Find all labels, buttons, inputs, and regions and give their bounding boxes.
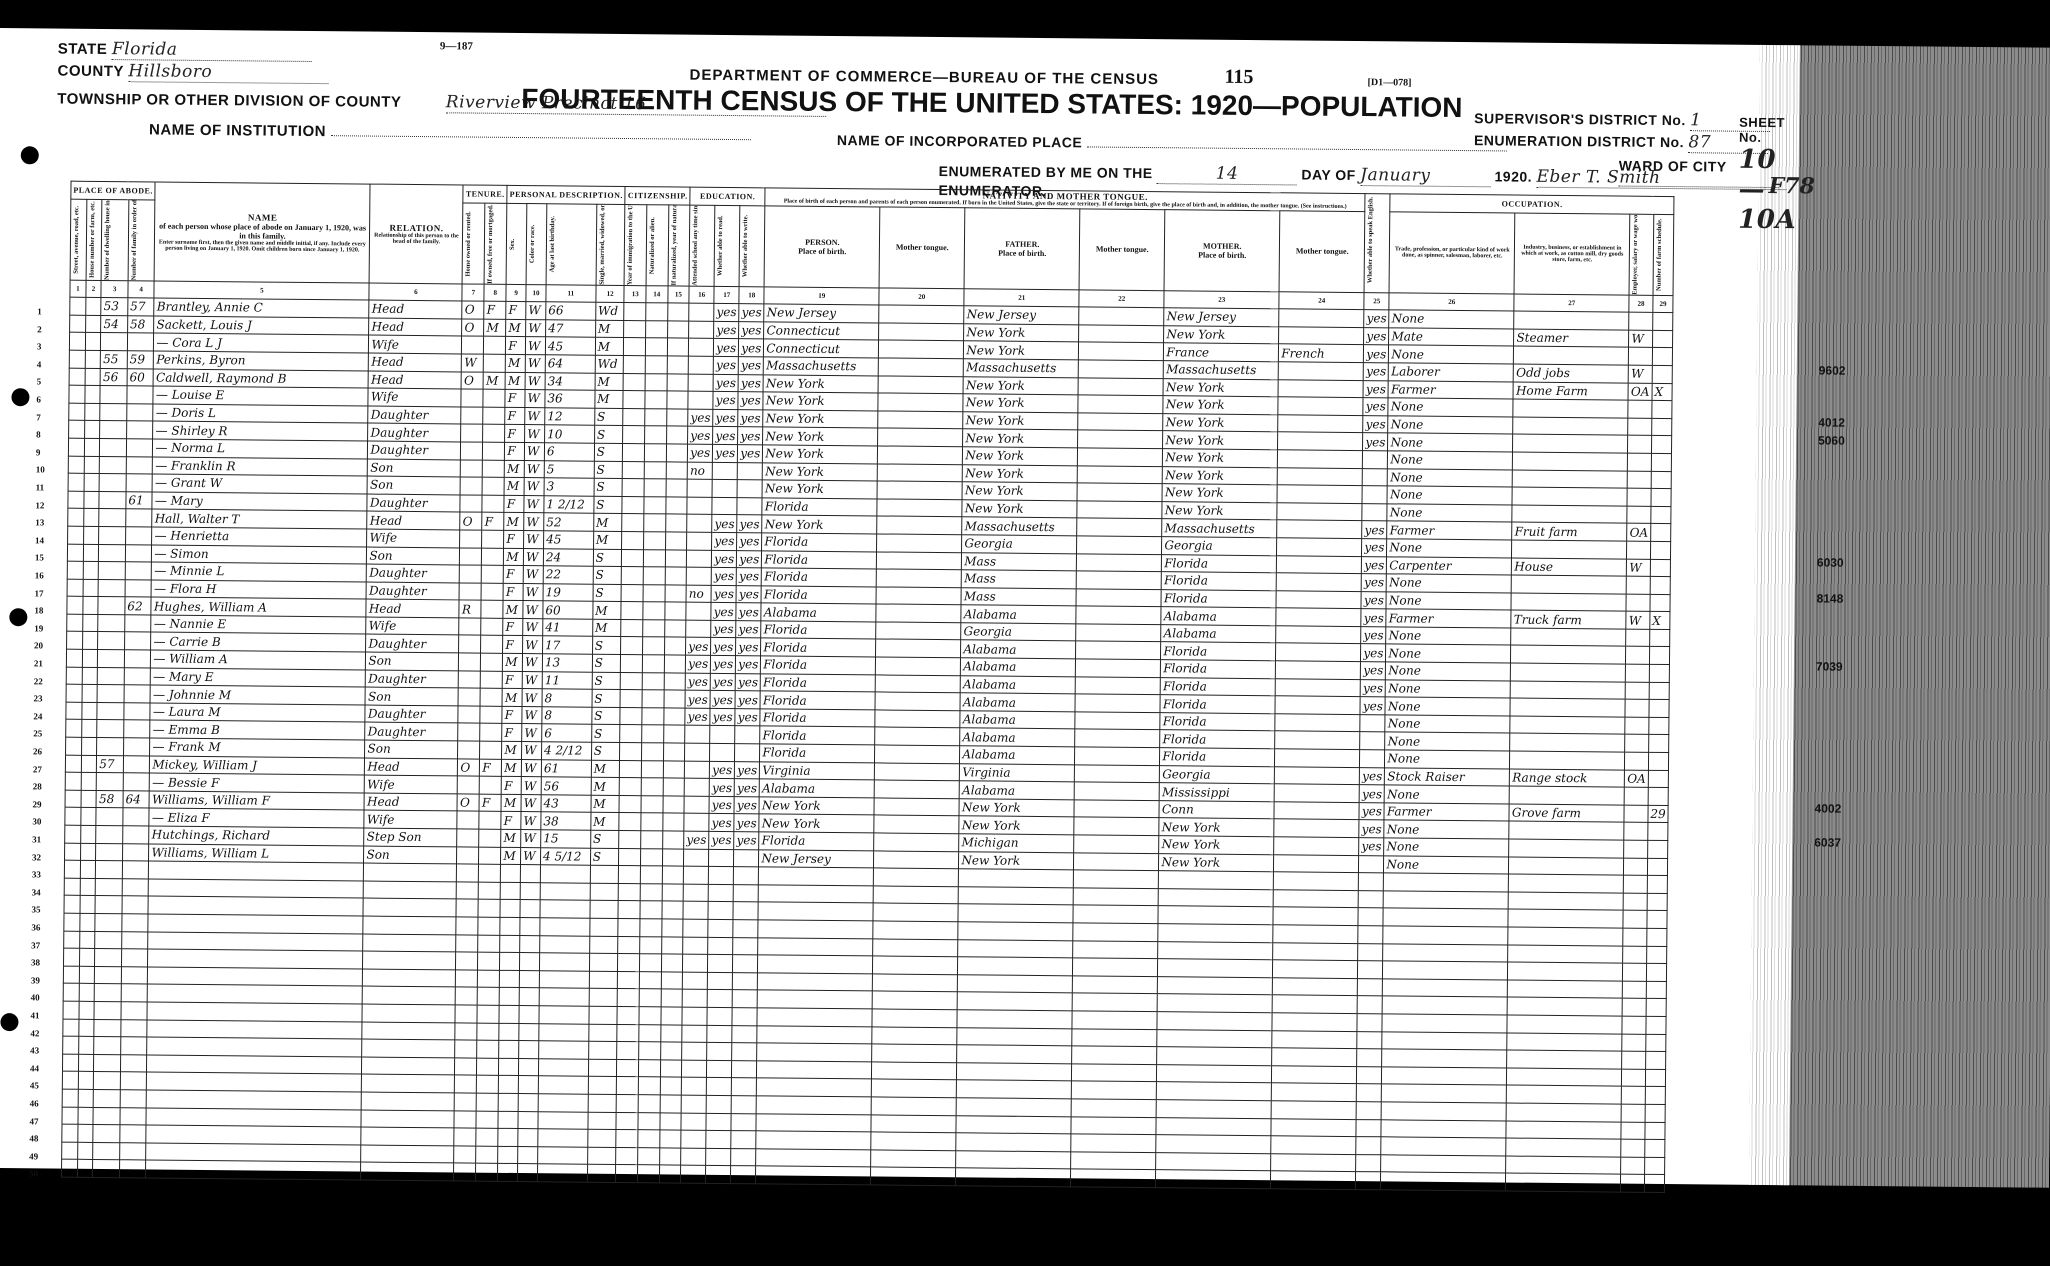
cell-empty [1621, 1157, 1645, 1175]
cell-empty [733, 972, 758, 990]
cell-free [484, 337, 506, 355]
nat-year-header: If naturalized, year of naturalization. [670, 205, 678, 285]
institution-field: NAME OF INSTITUTION [149, 121, 751, 144]
cell-empty [957, 1027, 1072, 1046]
cell-empty [1276, 608, 1361, 626]
margin-code-number: 6030 [1817, 555, 1844, 569]
cell-english: yes [1363, 415, 1388, 433]
cell-empty [363, 916, 456, 934]
cell-family [124, 685, 151, 703]
cell-empty [1644, 1175, 1664, 1193]
cell-empty [1356, 1137, 1381, 1155]
cell-free [483, 442, 505, 460]
cell-industry [1512, 505, 1627, 524]
cell-empty [454, 1146, 476, 1164]
cell-school [686, 620, 711, 638]
cell-name: — Louise E [153, 386, 368, 406]
cell-empty [617, 1024, 639, 1042]
cell-empty [756, 1096, 871, 1115]
cell-empty [708, 919, 733, 937]
cell-empty [361, 1145, 454, 1163]
cell-empty [455, 1005, 477, 1023]
cell-empty [64, 860, 80, 878]
cell-home [457, 811, 479, 829]
cell-empty [623, 443, 645, 461]
cell-empty [362, 1004, 455, 1022]
col-father-birth: FATHER.Place of birth. [964, 207, 1080, 289]
cell-industry: Home Farm [1513, 382, 1628, 401]
cell-free [481, 583, 503, 601]
cell-empty [1271, 1118, 1356, 1136]
cell-free [483, 407, 505, 425]
cell-empty [660, 1112, 682, 1130]
cell-write: yes [736, 620, 761, 638]
cell-empty [67, 544, 83, 562]
cell-empty [665, 585, 687, 603]
cell-empty [590, 918, 619, 936]
cell-write [735, 744, 760, 762]
cell-empty [148, 932, 363, 952]
cell-father-birth: New York [963, 429, 1078, 448]
cell-age: 12 [545, 407, 595, 425]
line-number: 12 [35, 500, 44, 510]
cell-empty [618, 989, 640, 1007]
cell-empty [624, 355, 646, 373]
column-number: 11 [546, 284, 596, 302]
cell-family: 59 [127, 351, 154, 369]
cell-read: yes [713, 409, 738, 427]
cell-empty [1074, 852, 1159, 870]
cell-birth: New York [763, 392, 878, 411]
cell-father-birth: Alabama [961, 675, 1076, 694]
cell-free [481, 600, 503, 618]
column-number: 13 [624, 285, 646, 303]
cell-farm [1649, 682, 1669, 700]
cell-farm: 29 [1648, 805, 1668, 823]
township-label: TOWNSHIP OR OTHER DIVISION OF COUNTY [57, 91, 401, 111]
cell-employer [1627, 576, 1651, 594]
cell-empty [957, 992, 1072, 1011]
cell-empty [63, 966, 79, 984]
cell-empty [756, 1166, 871, 1185]
cell-school: yes [685, 690, 710, 708]
cell-empty [498, 1164, 518, 1182]
cell-race: W [523, 618, 543, 636]
cell-empty [733, 955, 758, 973]
cell-empty [589, 989, 618, 1007]
cell-trade: None [1384, 820, 1509, 839]
cell-empty [63, 1001, 79, 1019]
cell-employer [1626, 647, 1650, 665]
cell-read: yes [709, 796, 734, 814]
cell-farm [1652, 418, 1672, 436]
cell-name: — Frank M [150, 738, 365, 758]
cell-read: yes [713, 427, 738, 445]
cell-empty [589, 953, 618, 971]
cell-empty [731, 1113, 756, 1131]
cell-dwelling [98, 597, 125, 615]
column-number: 7 [462, 284, 484, 302]
cell-father-birth: Alabama [960, 693, 1075, 712]
cell-empty [1078, 465, 1163, 483]
cell-empty [1509, 874, 1624, 893]
cell-empty [120, 1054, 147, 1072]
line-number: 40 [31, 993, 40, 1003]
cell-empty [957, 1010, 1072, 1029]
cell-empty [363, 951, 456, 969]
cell-empty [455, 1058, 477, 1076]
cell-employer [1624, 840, 1648, 858]
cell-write [737, 480, 762, 498]
cell-empty [665, 532, 687, 550]
cell-empty [1276, 661, 1361, 679]
cell-empty [759, 867, 874, 886]
cell-employer [1627, 506, 1651, 524]
cell-dwelling: 53 [101, 298, 128, 316]
cell-marital: M [593, 531, 622, 549]
cell-dwelling [100, 421, 127, 439]
cell-empty [456, 952, 478, 970]
col-nat-year: If naturalized, year of naturalization. [668, 205, 690, 286]
cell-empty [1077, 501, 1162, 519]
cell-empty [620, 760, 642, 778]
cell-sex: F [505, 407, 525, 425]
column-number: 21 [964, 288, 1079, 307]
cell-empty [1382, 1014, 1507, 1033]
cell-mother-birth: New York [1163, 466, 1278, 485]
line-number: 27 [33, 764, 42, 774]
cell-marital: S [593, 566, 622, 584]
cell-empty [590, 883, 619, 901]
institution-value [331, 135, 751, 140]
cell-age: 19 [543, 583, 593, 601]
cell-birth: Florida [762, 533, 877, 552]
cell-trade: None [1385, 785, 1510, 804]
cell-empty [122, 861, 149, 879]
supervisor-district-field: SUPERVISOR'S DISTRICT No. 1 [1474, 108, 1770, 132]
cell-empty [707, 1060, 732, 1078]
cell-marital: S [594, 478, 623, 496]
col-naturalized: Naturalized or alien. [646, 204, 668, 285]
cell-free [479, 812, 501, 830]
cell-farm [1649, 717, 1669, 735]
cell-empty [645, 373, 667, 391]
line-number: 36 [31, 922, 40, 932]
cell-relation: Son [366, 652, 459, 670]
cell-empty [1072, 1081, 1157, 1099]
cell-empty [476, 1163, 498, 1181]
cell-empty [1078, 448, 1163, 466]
cell-read: yes [714, 339, 739, 357]
cell-empty [957, 1080, 1072, 1099]
cell-person-tongue [874, 798, 959, 816]
cell-sex: F [506, 302, 526, 320]
cell-empty [78, 1054, 94, 1072]
cell-person-tongue [874, 833, 959, 851]
line-number: 28 [33, 782, 42, 792]
cell-empty [147, 1072, 362, 1092]
cell-empty [476, 1146, 498, 1164]
cell-person-tongue [874, 851, 959, 869]
line-number: 14 [35, 535, 44, 545]
cell-empty [499, 1076, 519, 1094]
cell-empty [681, 1148, 706, 1166]
cell-dwelling [99, 526, 126, 544]
line-number: 20 [34, 641, 43, 651]
cell-empty [122, 878, 149, 896]
cell-race: W [521, 830, 541, 848]
cell-marital: S [594, 461, 623, 479]
cell-empty [479, 882, 501, 900]
cell-empty [1272, 1048, 1357, 1066]
cell-empty [1277, 485, 1362, 503]
cell-empty [64, 931, 80, 949]
cell-name: Sackett, Louis J [154, 316, 369, 336]
cell-dwelling [98, 579, 125, 597]
cell-empty [732, 1078, 757, 1096]
cell-person-tongue [875, 745, 960, 763]
cell-empty [1646, 1016, 1666, 1034]
cell-empty [682, 1060, 707, 1078]
cell-birth: Virginia [760, 761, 875, 780]
cell-name: Hughes, William A [151, 597, 366, 617]
cell-empty [477, 1005, 499, 1023]
cell-empty [1075, 764, 1160, 782]
cell-empty [623, 461, 645, 479]
cell-marital: M [593, 514, 622, 532]
cell-empty [62, 1107, 78, 1125]
cell-empty [147, 1019, 362, 1039]
cell-empty [478, 987, 500, 1005]
cell-empty [457, 864, 479, 882]
cell-trade: None [1389, 310, 1514, 329]
cell-empty [1358, 961, 1383, 979]
cell-empty [642, 743, 664, 761]
cell-empty [681, 1130, 706, 1148]
cell-empty [77, 1160, 93, 1178]
cell-empty [706, 1148, 731, 1166]
cell-industry [1510, 751, 1625, 770]
cell-empty [518, 1093, 538, 1111]
cell-free [480, 724, 502, 742]
cell-empty [1381, 1137, 1506, 1156]
cell-empty [1074, 870, 1159, 888]
col-father-tongue: Mother tongue. [1079, 208, 1165, 290]
census-body: 5357Brantley, Annie CHeadOFFW66WdyesyesN… [61, 297, 1673, 1192]
cell-empty [121, 949, 148, 967]
cell-home [461, 459, 483, 477]
cell-empty [78, 1036, 94, 1054]
cell-race: W [526, 302, 546, 320]
cell-empty [1079, 360, 1164, 378]
cell-empty [642, 708, 664, 726]
cell-family [126, 474, 153, 492]
cell-home [459, 635, 481, 653]
cell-father-birth: Massachusetts [964, 359, 1079, 378]
cell-empty [81, 737, 97, 755]
cell-empty [500, 882, 520, 900]
cell-race: W [524, 478, 544, 496]
cell-empty [638, 1077, 660, 1095]
cell-empty [1646, 981, 1666, 999]
cell-relation: Head [368, 371, 461, 389]
cell-empty [588, 1059, 617, 1077]
cell-relation: Head [365, 758, 458, 776]
cell-age: 3 [544, 478, 594, 496]
cell-name: — Mary E [151, 668, 366, 688]
cell-empty [1072, 1046, 1157, 1064]
cell-empty [85, 315, 101, 333]
cell-farm [1649, 700, 1669, 718]
cell-empty [121, 1019, 148, 1037]
cell-free [482, 565, 504, 583]
cell-person-tongue [877, 516, 962, 534]
cell-empty [731, 1131, 756, 1149]
cell-empty [1278, 450, 1363, 468]
cell-family [124, 703, 151, 721]
column-number: 16 [689, 286, 714, 304]
cell-empty [79, 948, 95, 966]
cell-marital: S [591, 742, 620, 760]
cell-dwelling: 56 [100, 368, 127, 386]
cell-empty [621, 655, 643, 673]
cell-birth: New Jersey [759, 849, 874, 868]
cell-empty [645, 391, 667, 409]
cell-empty [498, 1093, 518, 1111]
cell-race: W [525, 337, 545, 355]
cell-english: yes [1361, 609, 1386, 627]
cell-trade: None [1385, 715, 1510, 734]
col-english-header: Whether able to speak English. [1364, 194, 1390, 293]
cell-trade: None [1384, 838, 1509, 857]
cell-empty [520, 882, 540, 900]
cell-empty [660, 1095, 682, 1113]
cell-empty [120, 1142, 147, 1160]
cell-empty [64, 878, 80, 896]
cell-empty [540, 865, 590, 883]
cell-birth: Florida [762, 550, 877, 569]
cell-employer [1628, 400, 1652, 418]
cell-write: yes [739, 304, 764, 322]
cell-empty [82, 614, 98, 632]
cell-empty [1271, 1171, 1356, 1189]
cell-school [685, 743, 710, 761]
cell-family [124, 650, 151, 668]
cell-trade: None [1386, 679, 1511, 698]
col-street: Street, avenue, road, etc. [70, 199, 86, 280]
margin-code-number: 9602 [1819, 363, 1846, 377]
cell-empty [539, 970, 589, 988]
cell-empty [644, 532, 666, 550]
col-home: Home owned or rented. [463, 203, 486, 284]
cell-age: 17 [543, 636, 593, 654]
cell-empty [663, 761, 685, 779]
col-person-birth: PERSON.Place of birth. [764, 205, 880, 287]
employer-header: Employer, salary or wage worker, or work… [1632, 214, 1640, 294]
cell-write [737, 462, 762, 480]
cell-empty [1158, 906, 1273, 925]
cell-empty [621, 672, 643, 690]
cell-empty [589, 971, 618, 989]
cell-empty [756, 1148, 871, 1167]
cell-dwelling: 58 [96, 790, 123, 808]
cell-name: Mickey, William J [150, 756, 365, 776]
cell-mother-birth: New York [1163, 378, 1278, 397]
cell-free [483, 424, 505, 442]
cell-empty [94, 1089, 121, 1107]
cell-farm [1649, 647, 1669, 665]
cell-empty [956, 1150, 1071, 1169]
cell-person-tongue [877, 569, 962, 587]
cell-empty [538, 1094, 588, 1112]
cell-empty [639, 1059, 661, 1077]
cell-father-birth: Virginia [960, 763, 1075, 782]
cell-empty [616, 1112, 638, 1130]
cell-person-tongue [879, 323, 964, 341]
margin-code-number: 7039 [1816, 659, 1843, 673]
cell-person-tongue [874, 780, 959, 798]
cell-empty [683, 972, 708, 990]
cell-industry [1510, 716, 1625, 735]
cell-empty [646, 320, 668, 338]
cell-relation: Head [367, 511, 460, 529]
incorporated-place-field: NAME OF INCORPORATED PLACE [837, 132, 1507, 154]
cell-home [460, 547, 482, 565]
cell-sex: F [503, 583, 523, 601]
cell-birth: Florida [760, 691, 875, 710]
cell-sex: F [503, 636, 523, 654]
cell-age: 45 [544, 531, 594, 549]
cell-empty [661, 919, 683, 937]
cell-person-tongue [879, 305, 964, 323]
cell-name: — Doris L [153, 404, 368, 424]
cell-read: yes [713, 374, 738, 392]
cell-empty [1277, 555, 1362, 573]
cell-birth: Florida [759, 832, 874, 851]
cell-employer [1624, 823, 1648, 841]
cell-farm [1648, 770, 1668, 788]
cell-empty [708, 937, 733, 955]
cell-school: yes [688, 426, 713, 444]
punch-hole [0, 1013, 18, 1031]
cell-race: W [523, 566, 543, 584]
cell-school: yes [685, 708, 710, 726]
cell-family [123, 755, 150, 773]
cell-birth: New York [763, 445, 878, 464]
cell-empty [617, 1042, 639, 1060]
cell-empty [538, 1129, 588, 1147]
col-sex: Sex. [506, 203, 527, 284]
cell-empty [1158, 924, 1273, 943]
cell-person-tongue [878, 428, 963, 446]
cell-empty [66, 667, 82, 685]
cell-empty [84, 491, 100, 509]
margin-code-number: 4002 [1815, 801, 1842, 815]
cell-empty [120, 1107, 147, 1125]
cell-empty [1075, 712, 1160, 730]
cell-empty [1623, 946, 1647, 964]
cell-person-tongue [876, 639, 961, 657]
cell-empty [477, 1023, 499, 1041]
cell-empty [68, 491, 84, 509]
cell-empty [479, 864, 501, 882]
cell-empty [956, 1115, 1071, 1134]
cell-empty [477, 1058, 499, 1076]
cell-write: yes [736, 638, 761, 656]
cell-empty [1079, 307, 1164, 325]
cell-empty [639, 971, 661, 989]
cell-empty [618, 918, 640, 936]
